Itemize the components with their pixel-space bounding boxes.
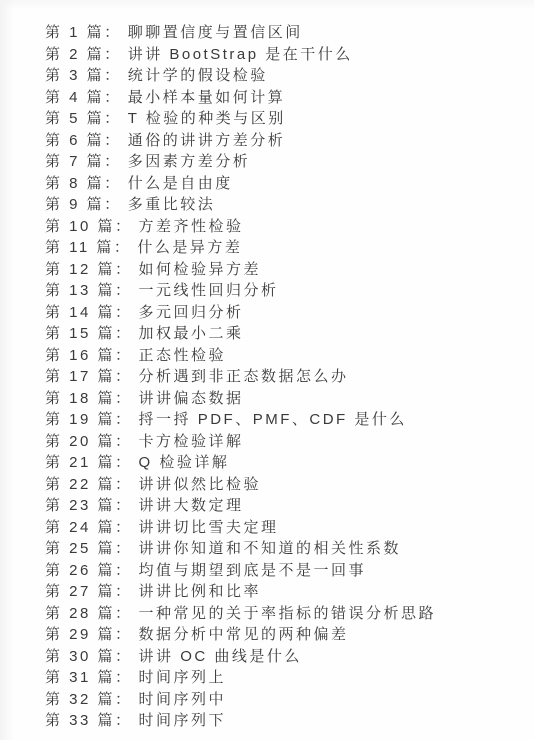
- toc-item-number: 第 29 篇：: [45, 626, 133, 643]
- toc-item-title: 最小样本量如何计算: [128, 89, 286, 106]
- toc-item-title: 一种常见的关于率指标的错误分析思路: [139, 605, 437, 622]
- toc-item-title: 讲讲大数定理: [139, 497, 244, 514]
- toc-item: 第 9 篇：多重比较法: [45, 194, 518, 216]
- toc-item-number: 第 12 篇：: [45, 261, 133, 278]
- toc-item-title: 讲讲偏态数据: [139, 390, 244, 407]
- toc-item: 第 19 篇：捋一捋 PDF、PMF、CDF 是什么: [45, 409, 518, 431]
- toc-item: 第 27 篇：讲讲比例和比率: [45, 581, 518, 603]
- toc-item: 第 11 篇：什么是异方差: [45, 237, 518, 259]
- toc-item: 第 16 篇：正态性检验: [45, 345, 518, 367]
- toc-item: 第 15 篇：加权最小二乘: [45, 323, 518, 345]
- toc-item-number: 第 10 篇：: [45, 218, 133, 235]
- toc-item: 第 2 篇：讲讲 BootStrap 是在干什么: [45, 44, 518, 66]
- toc-item: 第 32 篇：时间序列中: [45, 689, 518, 711]
- toc-item-title: 时间序列上: [139, 669, 227, 686]
- toc-item: 第 26 篇：均值与期望到底是不是一回事: [45, 560, 518, 582]
- toc-item: 第 14 篇：多元回归分析: [45, 302, 518, 324]
- toc-item-number: 第 1 篇：: [45, 24, 122, 41]
- toc-item-number: 第 6 篇：: [45, 132, 122, 149]
- toc-item-number: 第 7 篇：: [45, 153, 122, 170]
- toc-item-title: 讲讲你知道和不知道的相关性系数: [139, 540, 402, 557]
- toc-item: 第 24 篇：讲讲切比雪夫定理: [45, 517, 518, 539]
- toc-item: 第 22 篇：讲讲似然比检验: [45, 474, 518, 496]
- toc-item-title: 什么是异方差: [137, 239, 242, 256]
- toc-item-title: 聊聊置信度与置信区间: [128, 24, 303, 41]
- toc-item-title: 什么是自由度: [128, 175, 233, 192]
- toc-item-number: 第 8 篇：: [45, 175, 122, 192]
- toc-item: 第 28 篇：一种常见的关于率指标的错误分析思路: [45, 603, 518, 625]
- toc-item: 第 7 篇：多因素方差分析: [45, 151, 518, 173]
- toc-item-number: 第 32 篇：: [45, 691, 133, 708]
- toc-item-title: 均值与期望到底是不是一回事: [139, 562, 367, 579]
- toc-item-number: 第 31 篇：: [45, 669, 133, 686]
- toc-item: 第 5 篇：T 检验的种类与区别: [45, 108, 518, 130]
- toc-list: 第 1 篇：聊聊置信度与置信区间 第 2 篇：讲讲 BootStrap 是在干什…: [0, 0, 534, 740]
- toc-item-number: 第 22 篇：: [45, 476, 133, 493]
- toc-item: 第 18 篇：讲讲偏态数据: [45, 388, 518, 410]
- toc-item: 第 21 篇：Q 检验详解: [45, 452, 518, 474]
- toc-item-title: 数据分析中常见的两种偏差: [139, 626, 349, 643]
- toc-item-title: 方差齐性检验: [139, 218, 244, 235]
- toc-item: 第 30 篇：讲讲 OC 曲线是什么: [45, 646, 518, 668]
- toc-item-title: Q 检验详解: [139, 454, 230, 471]
- toc-item-title: 如何检验异方差: [139, 261, 262, 278]
- toc-item-title: 加权最小二乘: [139, 325, 244, 342]
- toc-item-number: 第 2 篇：: [45, 46, 122, 63]
- toc-item-title: 正态性检验: [139, 347, 227, 364]
- toc-item-title: 多元回归分析: [139, 304, 244, 321]
- toc-item: 第 12 篇：如何检验异方差: [45, 259, 518, 281]
- toc-item-title: 通俗的讲讲方差分析: [128, 132, 286, 149]
- toc-item-number: 第 5 篇：: [45, 110, 122, 127]
- toc-item-number: 第 18 篇：: [45, 390, 133, 407]
- toc-item-number: 第 20 篇：: [45, 433, 133, 450]
- toc-item: 第 3 篇：统计学的假设检验: [45, 65, 518, 87]
- toc-item-number: 第 14 篇：: [45, 304, 133, 321]
- toc-item-number: 第 4 篇：: [45, 89, 122, 106]
- toc-item-number: 第 9 篇：: [45, 196, 122, 213]
- toc-item-title: 讲讲似然比检验: [139, 476, 262, 493]
- toc-item-number: 第 30 篇：: [45, 648, 133, 665]
- toc-item: 第 4 篇：最小样本量如何计算: [45, 87, 518, 109]
- toc-item: 第 33 篇：时间序列下: [45, 710, 518, 732]
- toc-item-title: 讲讲 OC 曲线是什么: [139, 648, 302, 665]
- toc-item-number: 第 13 篇：: [45, 282, 133, 299]
- toc-item-title: 一元线性回归分析: [139, 282, 279, 299]
- toc-item-title: 统计学的假设检验: [128, 67, 268, 84]
- toc-item-title: 讲讲比例和比率: [139, 583, 262, 600]
- toc-item: 第 20 篇：卡方检验详解: [45, 431, 518, 453]
- toc-item: 第 6 篇：通俗的讲讲方差分析: [45, 130, 518, 152]
- toc-item-number: 第 23 篇：: [45, 497, 133, 514]
- toc-item-number: 第 3 篇：: [45, 67, 122, 84]
- toc-item-title: 多重比较法: [128, 196, 216, 213]
- toc-item: 第 25 篇：讲讲你知道和不知道的相关性系数: [45, 538, 518, 560]
- toc-item-number: 第 11 篇：: [45, 239, 131, 256]
- toc-item-title: 卡方检验详解: [139, 433, 244, 450]
- toc-item-number: 第 19 篇：: [45, 411, 133, 428]
- toc-item-number: 第 33 篇：: [45, 712, 133, 729]
- toc-item-title: 讲讲切比雪夫定理: [139, 519, 279, 536]
- toc-item-title: 捋一捋 PDF、PMF、CDF 是什么: [139, 411, 407, 428]
- toc-item-number: 第 26 篇：: [45, 562, 133, 579]
- toc-item-number: 第 15 篇：: [45, 325, 133, 342]
- toc-item-number: 第 28 篇：: [45, 605, 133, 622]
- toc-item: 第 23 篇：讲讲大数定理: [45, 495, 518, 517]
- toc-item: 第 13 篇：一元线性回归分析: [45, 280, 518, 302]
- toc-item-title: 多因素方差分析: [128, 153, 251, 170]
- toc-item: 第 8 篇：什么是自由度: [45, 173, 518, 195]
- toc-item: 第 10 篇：方差齐性检验: [45, 216, 518, 238]
- toc-item-title: 讲讲 BootStrap 是在干什么: [128, 46, 353, 63]
- toc-item-title: T 检验的种类与区别: [128, 110, 286, 127]
- toc-item-number: 第 17 篇：: [45, 368, 133, 385]
- toc-item-title: 时间序列中: [139, 691, 227, 708]
- toc-item-title: 分析遇到非正态数据怎么办: [139, 368, 349, 385]
- toc-item-number: 第 16 篇：: [45, 347, 133, 364]
- toc-item: 第 17 篇：分析遇到非正态数据怎么办: [45, 366, 518, 388]
- toc-item-number: 第 24 篇：: [45, 519, 133, 536]
- toc-item-title: 时间序列下: [139, 712, 227, 729]
- toc-item-number: 第 27 篇：: [45, 583, 133, 600]
- toc-item-number: 第 25 篇：: [45, 540, 133, 557]
- toc-item: 第 31 篇：时间序列上: [45, 667, 518, 689]
- toc-item: 第 29 篇：数据分析中常见的两种偏差: [45, 624, 518, 646]
- toc-item-number: 第 21 篇：: [45, 454, 133, 471]
- toc-item: 第 1 篇：聊聊置信度与置信区间: [45, 22, 518, 44]
